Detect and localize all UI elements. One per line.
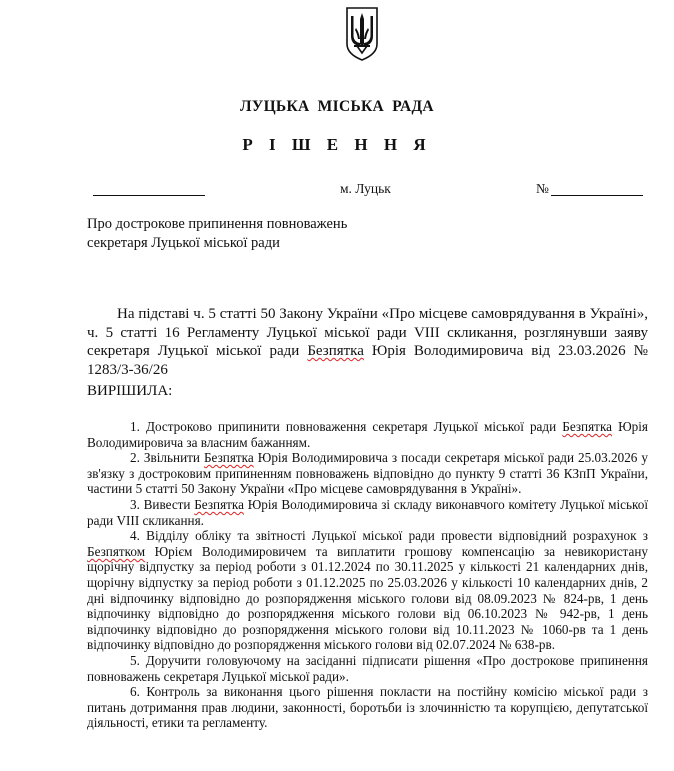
resolution-item: 5. Доручити головуючому на засіданні під… (87, 653, 648, 684)
subject-line-2: секретаря Луцької міської ради (87, 234, 347, 253)
document-type-title: Р І Ш Е Н Н Я (0, 135, 674, 155)
number-label: № (536, 181, 549, 197)
resolution-item: 1. Достроково припинити повноваження сек… (87, 419, 648, 450)
subject-line-1: Про дострокове припинення повноважень (87, 215, 347, 234)
date-blank-line (93, 195, 205, 196)
date-line: м. Луцьк № (0, 181, 674, 201)
resolution-item: 3. Вивести Безпятка Юрія Володимировича … (87, 497, 648, 528)
number-blank-line (551, 195, 643, 196)
resolution-item: 2. Звільнити Безпятка Юрія Володимирович… (87, 450, 648, 497)
decision-subject: Про дострокове припинення повноважень се… (87, 215, 347, 252)
resolved-heading: ВИРІШИЛА: (87, 383, 172, 400)
city-label: м. Луцьк (340, 181, 391, 197)
surname-spellcheck: Безпятка (307, 343, 364, 359)
trident-emblem-icon (345, 6, 379, 62)
preamble-paragraph: На підставі ч. 5 статті 50 Закону Україн… (87, 305, 648, 379)
resolution-item: 4. Відділу обліку та звітності Луцької м… (87, 528, 648, 653)
council-name: ЛУЦЬКА МІСЬКА РАДА (0, 98, 674, 116)
resolution-item: 6. Контроль за виконання цього рішення п… (87, 684, 648, 731)
resolution-items: 1. Достроково припинити повноваження сек… (87, 419, 648, 731)
